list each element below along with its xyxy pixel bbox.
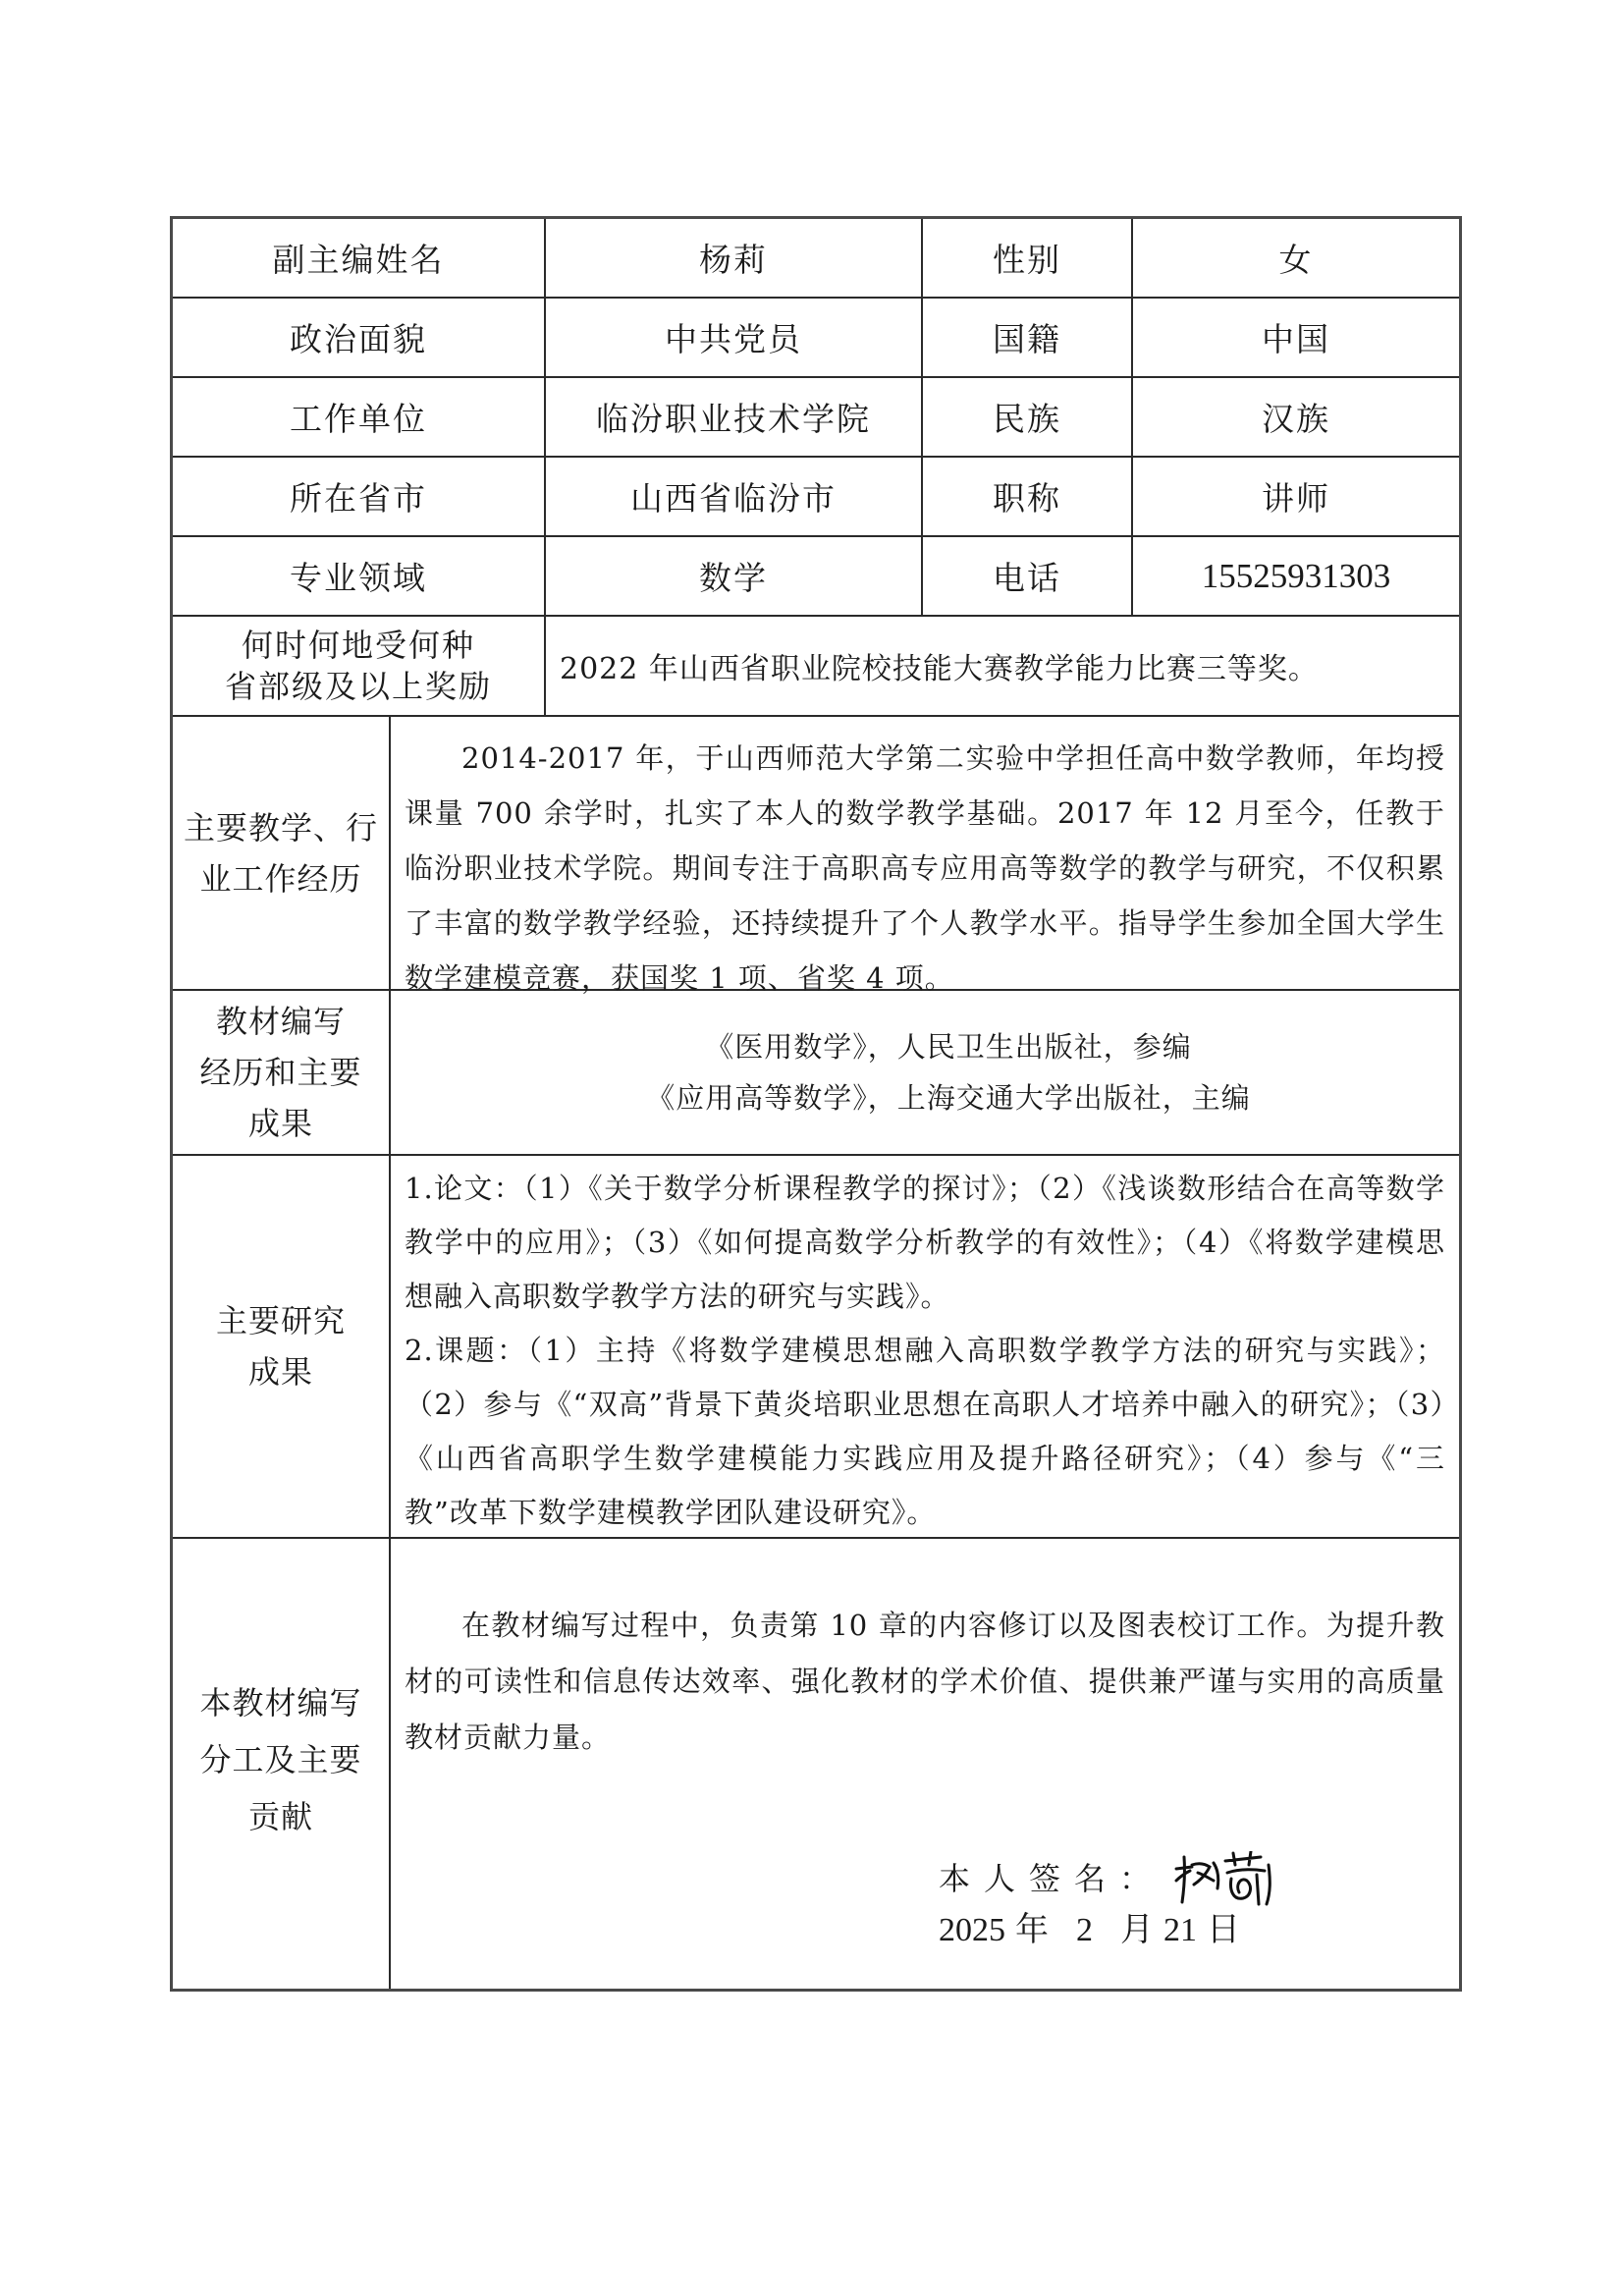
info-row-name: 副主编姓名 杨莉 性别 女 [173, 219, 1459, 299]
research-row: 主要研究 成果 1.论文：（1）《关于数学分析课程教学的探讨》；（2）《浅谈数形… [173, 1156, 1459, 1539]
label-employer: 工作单位 [173, 378, 546, 456]
research-content: 1.论文：（1）《关于数学分析课程教学的探讨》；（2）《浅谈数形结合在高等数学教… [391, 1156, 1459, 1537]
date-year: 2025 [939, 1912, 1005, 1948]
value-province-city: 山西省临汾市 [546, 458, 923, 535]
research-papers: 1.论文：（1）《关于数学分析课程教学的探讨》；（2）《浅谈数形结合在高等数学教… [405, 1162, 1445, 1324]
awards-row: 何时何地受何种 省部级及以上奖励 2022 年山西省职业院校技能大赛教学能力比赛… [173, 617, 1459, 717]
contribution-text: 在教材编写过程中，负责第 10 章的内容修订以及图表校订工作。为提升教材的可读性… [405, 1598, 1445, 1766]
info-row-location: 所在省市 山西省临汾市 职称 讲师 [173, 458, 1459, 537]
value-editor-name: 杨莉 [546, 219, 923, 297]
contribution-label-line1: 本教材编写 [199, 1674, 361, 1731]
contribution-content: 在教材编写过程中，负责第 10 章的内容修订以及图表校订工作。为提升教材的可读性… [391, 1539, 1459, 1989]
label-political-status: 政治面貌 [173, 299, 546, 376]
info-row-field: 专业领域 数学 电话 15525931303 [173, 537, 1459, 617]
value-specialty: 数学 [546, 537, 923, 615]
experience-label-line1: 主要教学、行 [184, 802, 378, 853]
research-label-line1: 主要研究 [216, 1295, 346, 1346]
value-ethnicity: 汉族 [1133, 378, 1459, 456]
date-year-unit: 年 [1015, 1912, 1049, 1948]
textbooks-row: 教材编写 经历和主要 成果 《医用数学》，人民卫生出版社，参编 《应用高等数学》… [173, 991, 1459, 1156]
experience-row: 主要教学、行 业工作经历 2014-2017 年，于山西师范大学第二实验中学担任… [173, 717, 1459, 991]
textbooks-label-line3: 成果 [248, 1098, 313, 1149]
awards-value: 2022 年山西省职业院校技能大赛教学能力比赛三等奖。 [546, 617, 1459, 715]
awards-label-line2: 省部级及以上奖励 [225, 666, 492, 707]
textbooks-label: 教材编写 经历和主要 成果 [173, 991, 391, 1154]
experience-label-line2: 业工作经历 [199, 853, 361, 904]
textbook-item: 《应用高等数学》，上海交通大学出版社，主编 [646, 1072, 1251, 1123]
date-day: 21 [1163, 1912, 1197, 1948]
document-page: 副主编姓名 杨莉 性别 女 政治面貌 中共党员 国籍 中国 工作单位 临汾职业技… [0, 0, 1622, 2296]
value-gender: 女 [1133, 219, 1459, 297]
contribution-label: 本教材编写 分工及主要 贡献 [173, 1539, 391, 1989]
textbooks-list: 《医用数学》，人民卫生出版社，参编 《应用高等数学》，上海交通大学出版社，主编 [391, 991, 1459, 1154]
date-month: 2 [1076, 1912, 1093, 1948]
handwritten-signature-icon [1170, 1851, 1278, 1906]
label-gender: 性别 [923, 219, 1133, 297]
label-ethnicity: 民族 [923, 378, 1133, 456]
awards-label: 何时何地受何种 省部级及以上奖励 [173, 617, 546, 715]
signature-date: 2025年2月21日 [939, 1906, 1278, 1955]
textbooks-label-line1: 教材编写 [216, 996, 346, 1047]
label-editor-name: 副主编姓名 [173, 219, 546, 297]
label-title: 职称 [923, 458, 1133, 535]
research-label-line2: 成果 [248, 1346, 313, 1397]
label-specialty: 专业领域 [173, 537, 546, 615]
research-projects: 2.课题：（1）主持《将数学建模思想融入高职数学教学方法的研究与实践》；（2）参… [405, 1324, 1445, 1540]
signature-line: 本人签名： [939, 1851, 1278, 1906]
deputy-editor-info-table: 副主编姓名 杨莉 性别 女 政治面貌 中共党员 国籍 中国 工作单位 临汾职业技… [170, 216, 1462, 1992]
value-phone: 15525931303 [1133, 537, 1459, 615]
info-row-employer: 工作单位 临汾职业技术学院 民族 汉族 [173, 378, 1459, 458]
textbook-item: 《医用数学》，人民卫生出版社，参编 [705, 1021, 1192, 1072]
label-province-city: 所在省市 [173, 458, 546, 535]
label-nationality: 国籍 [923, 299, 1133, 376]
contribution-label-line2: 分工及主要 [199, 1731, 361, 1788]
contribution-label-line3: 贡献 [199, 1788, 361, 1845]
textbooks-label-line2: 经历和主要 [199, 1047, 361, 1098]
signature-block: 本人签名： 2025年2月21日 [939, 1851, 1278, 1955]
label-phone: 电话 [923, 537, 1133, 615]
research-label: 主要研究 成果 [173, 1156, 391, 1537]
experience-label: 主要教学、行 业工作经历 [173, 717, 391, 989]
value-employer: 临汾职业技术学院 [546, 378, 923, 456]
value-title: 讲师 [1133, 458, 1459, 535]
value-nationality: 中国 [1133, 299, 1459, 376]
signature-label: 本人签名： [939, 1854, 1164, 1903]
contribution-label-text: 本教材编写 分工及主要 贡献 [199, 1674, 361, 1845]
contribution-row: 本教材编写 分工及主要 贡献 在教材编写过程中，负责第 10 章的内容修订以及图… [173, 1539, 1459, 1989]
date-day-unit: 日 [1207, 1912, 1240, 1948]
awards-label-line1: 何时何地受何种 [242, 625, 475, 666]
info-row-political: 政治面貌 中共党员 国籍 中国 [173, 299, 1459, 378]
value-political-status: 中共党员 [546, 299, 923, 376]
date-month-unit: 月 [1120, 1912, 1154, 1948]
experience-text: 2014-2017 年，于山西师范大学第二实验中学担任高中数学教师，年均授课量 … [391, 717, 1459, 989]
